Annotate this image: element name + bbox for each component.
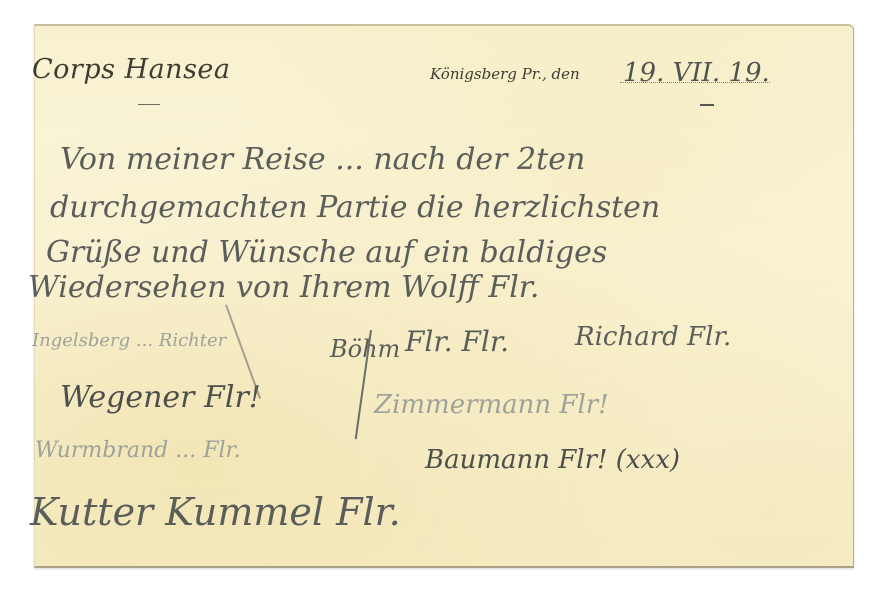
message-line-3: Grüße und Wünsche auf ein baldiges <box>46 235 607 270</box>
message-line-2: durchgemachten Partie die herzlichsten <box>50 190 660 225</box>
signature-9: Baumann Flr! (xxx) <box>425 445 680 475</box>
signature-2: Wegener Flr! <box>60 380 261 415</box>
signature-6: Flr. Flr. <box>405 325 509 358</box>
date-mark <box>700 104 714 106</box>
signature-3: Wurmbrand ... Flr. <box>35 438 241 463</box>
message-line-1: Von meiner Reise ... nach der 2ten <box>60 142 585 177</box>
signature-7: Richard Flr. <box>575 322 731 352</box>
message-line-4: Wiedersehen von Ihrem Wolff Flr. <box>28 270 539 305</box>
signature-8: Zimmermann Flr! <box>374 390 609 420</box>
title-underline <box>138 104 160 105</box>
signature-1: Ingelsberg ... Richter <box>32 330 226 351</box>
handwritten-date: 19. VII. 19. <box>623 58 770 88</box>
signature-4: Kutter Kummel Flr. <box>30 490 401 534</box>
card-title: Corps Hansea <box>32 54 231 85</box>
place-line: Königsberg Pr., den <box>430 65 580 83</box>
